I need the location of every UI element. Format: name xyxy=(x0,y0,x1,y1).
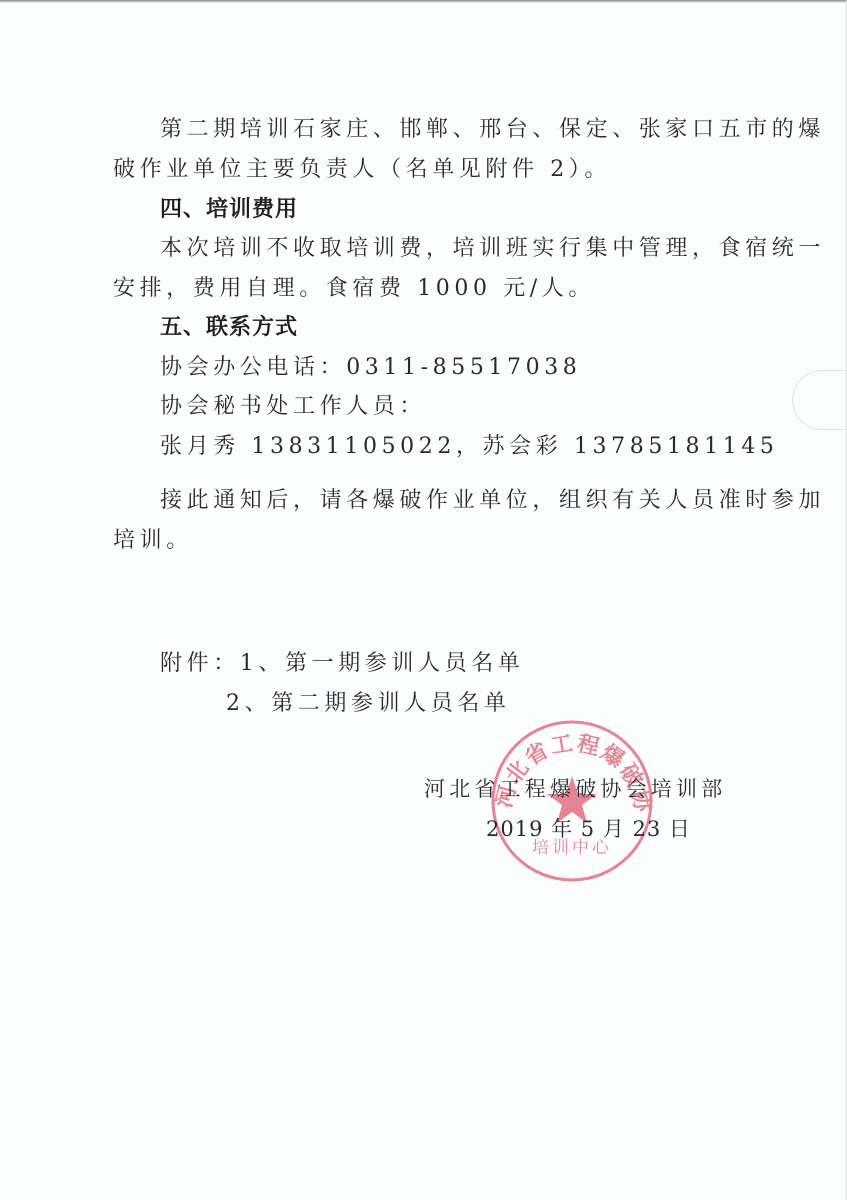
document-page: 河北省工程爆破协会 培训中心 第二期培训石家庄、邯郸、邢台、保定、张家口五市的爆… xyxy=(0,0,847,1200)
paragraph-line: 安排，费用自理。食宿费 1000 元/人。 xyxy=(113,275,595,303)
attachment-item-2: 2、第二期参训人员名单 xyxy=(226,690,511,718)
contact-staff-label: 协会秘书处工作人员： xyxy=(160,393,426,421)
section-heading-contact: 五、联系方式 xyxy=(160,314,298,342)
attachment-item-1: 附件：1、第一期参训人员名单 xyxy=(160,650,524,678)
paragraph-line: 破作业单位主要负责人（名单见附件 2）。 xyxy=(113,156,611,184)
closing-paragraph-line: 培训。 xyxy=(113,527,193,555)
section-heading-fees: 四、培训费用 xyxy=(160,196,298,224)
paragraph-line: 本次培训不收取培训费，培训班实行集中管理，食宿统一 xyxy=(160,235,825,263)
closing-paragraph-line: 接此通知后，请各爆破作业单位，组织有关人员准时参加 xyxy=(160,487,825,515)
signature-organization: 河北省工程爆破协会培训部 xyxy=(424,775,726,803)
signature-date: 2019 年 5 月 23 日 xyxy=(486,815,691,843)
document-body: 第二期培训石家庄、邯郸、邢台、保定、张家口五市的爆 破作业单位主要负责人（名单见… xyxy=(0,0,847,1200)
contact-phone: 协会办公电话：0311-85517038 xyxy=(160,354,581,382)
contact-staff: 张月秀 13831105022，苏会彩 13785181145 xyxy=(160,433,779,461)
paragraph-line: 第二期培训石家庄、邯郸、邢台、保定、张家口五市的爆 xyxy=(160,116,825,144)
